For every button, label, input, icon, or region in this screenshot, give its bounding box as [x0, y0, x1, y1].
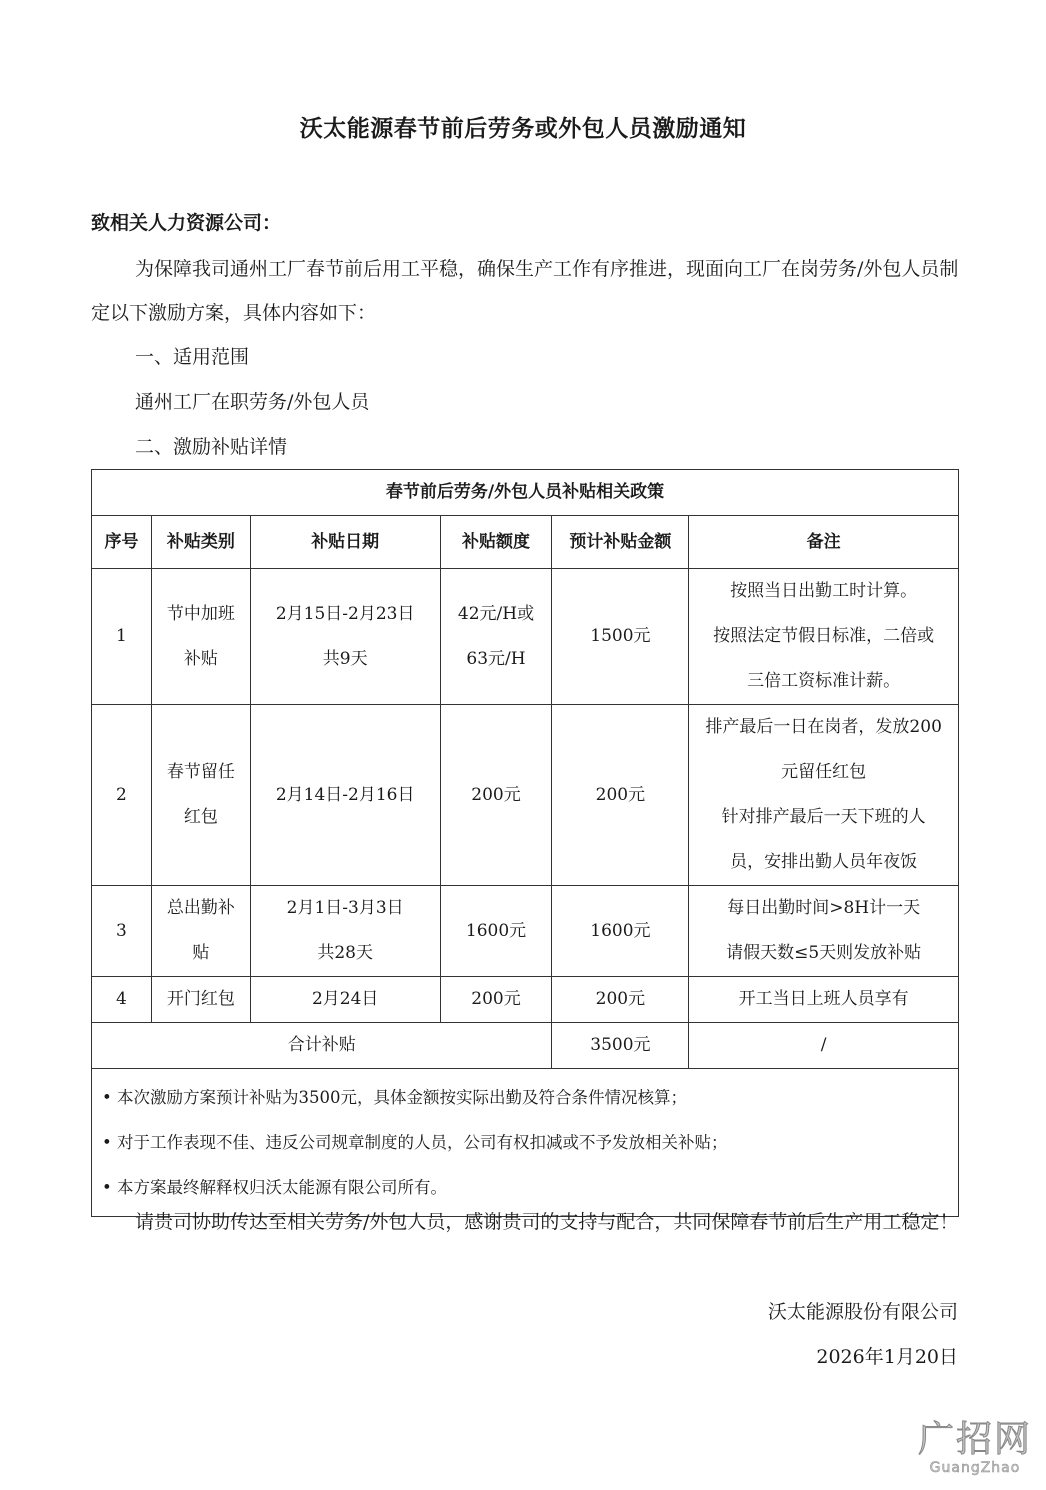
- watermark-en: GuangZhao: [905, 1460, 1045, 1476]
- row-rate: 42元/H或63元/H: [440, 569, 552, 705]
- section-1-heading: 一、适用范围: [135, 335, 1005, 379]
- document-title: 沃太能源春节前后劳务或外包人员激励通知: [0, 110, 1046, 143]
- row-dates: 2月15日-2月23日共9天: [250, 569, 440, 705]
- table-total-row: 合计补贴 3500元 /: [92, 1023, 959, 1069]
- row-category: 节中加班补贴: [151, 569, 250, 705]
- row-dates: 2月24日: [250, 977, 440, 1023]
- row-estimate: 200元: [552, 705, 689, 886]
- header-no: 序号: [92, 516, 152, 569]
- bullet-item: • 本次激励方案预计补贴为3500元，具体金额按实际出勤及符合条件情况核算；: [102, 1075, 948, 1120]
- row-dates: 2月1日-3月3日共28天: [250, 886, 440, 977]
- intro-paragraph: 为保障我司通州工厂春节前后用工平稳，确保生产工作有序推进，现面向工厂在岗劳务/外…: [91, 247, 961, 335]
- watermark-cn: 广招网: [905, 1420, 1045, 1460]
- header-rate: 补贴额度: [440, 516, 552, 569]
- header-estimate: 预计补贴金额: [552, 516, 689, 569]
- salutation: 致相关人力资源公司：: [91, 208, 281, 235]
- table-notes-row: • 本次激励方案预计补贴为3500元，具体金额按实际出勤及符合条件情况核算； •…: [92, 1069, 959, 1217]
- total-label: 合计补贴: [92, 1023, 552, 1069]
- row-rate: 1600元: [440, 886, 552, 977]
- total-amount: 3500元: [552, 1023, 689, 1069]
- row-estimate: 200元: [552, 977, 689, 1023]
- table-row: 2 春节留任红包 2月14日-2月16日 200元 200元 排产最后一日在岗者…: [92, 705, 959, 886]
- row-notes: 开工当日上班人员享有: [689, 977, 959, 1023]
- row-rate: 200元: [440, 977, 552, 1023]
- row-no: 2: [92, 705, 152, 886]
- table-header-row: 序号 补贴类别 补贴日期 补贴额度 预计补贴金额 备注: [92, 516, 959, 569]
- row-estimate: 1600元: [552, 886, 689, 977]
- row-category: 总出勤补贴: [151, 886, 250, 977]
- signature-date: 2026年1月20日: [816, 1335, 958, 1379]
- section-2-heading: 二、激励补贴详情: [135, 425, 1005, 469]
- row-no: 3: [92, 886, 152, 977]
- table-row: 3 总出勤补贴 2月1日-3月3日共28天 1600元 1600元 每日出勤时间…: [92, 886, 959, 977]
- closing-paragraph: 请贵司协助传达至相关劳务/外包人员，感谢贵司的支持与配合，共同保障春节前后生产用…: [91, 1200, 961, 1244]
- header-dates: 补贴日期: [250, 516, 440, 569]
- table-caption: 春节前后劳务/外包人员补贴相关政策: [92, 470, 959, 516]
- header-notes: 备注: [689, 516, 959, 569]
- bullet-item: • 对于工作表现不佳、违反公司规章制度的人员，公司有权扣减或不予发放相关补贴；: [102, 1120, 948, 1165]
- table-row: 4 开门红包 2月24日 200元 200元 开工当日上班人员享有: [92, 977, 959, 1023]
- row-no: 4: [92, 977, 152, 1023]
- row-rate: 200元: [440, 705, 552, 886]
- section-1-body: 通州工厂在职劳务/外包人员: [135, 380, 1005, 424]
- row-notes: 按照当日出勤工时计算。按照法定节假日标准，二倍或三倍工资标准计薪。: [689, 569, 959, 705]
- watermark-logo: 广招网 GuangZhao: [905, 1420, 1045, 1476]
- row-notes: 排产最后一日在岗者，发放200元留任红包针对排产最后一天下班的人员，安排出勤人员…: [689, 705, 959, 886]
- row-dates: 2月14日-2月16日: [250, 705, 440, 886]
- row-no: 1: [92, 569, 152, 705]
- table-bullets: • 本次激励方案预计补贴为3500元，具体金额按实际出勤及符合条件情况核算； •…: [92, 1069, 959, 1217]
- header-category: 补贴类别: [151, 516, 250, 569]
- row-estimate: 1500元: [552, 569, 689, 705]
- subsidy-policy-table: 春节前后劳务/外包人员补贴相关政策 序号 补贴类别 补贴日期 补贴额度 预计补贴…: [91, 469, 959, 1217]
- row-category: 开门红包: [151, 977, 250, 1023]
- total-note: /: [689, 1023, 959, 1069]
- table-row: 1 节中加班补贴 2月15日-2月23日共9天 42元/H或63元/H 1500…: [92, 569, 959, 705]
- row-category: 春节留任红包: [151, 705, 250, 886]
- signature-company: 沃太能源股份有限公司: [768, 1290, 958, 1334]
- row-notes: 每日出勤时间>8H计一天请假天数≤5天则发放补贴: [689, 886, 959, 977]
